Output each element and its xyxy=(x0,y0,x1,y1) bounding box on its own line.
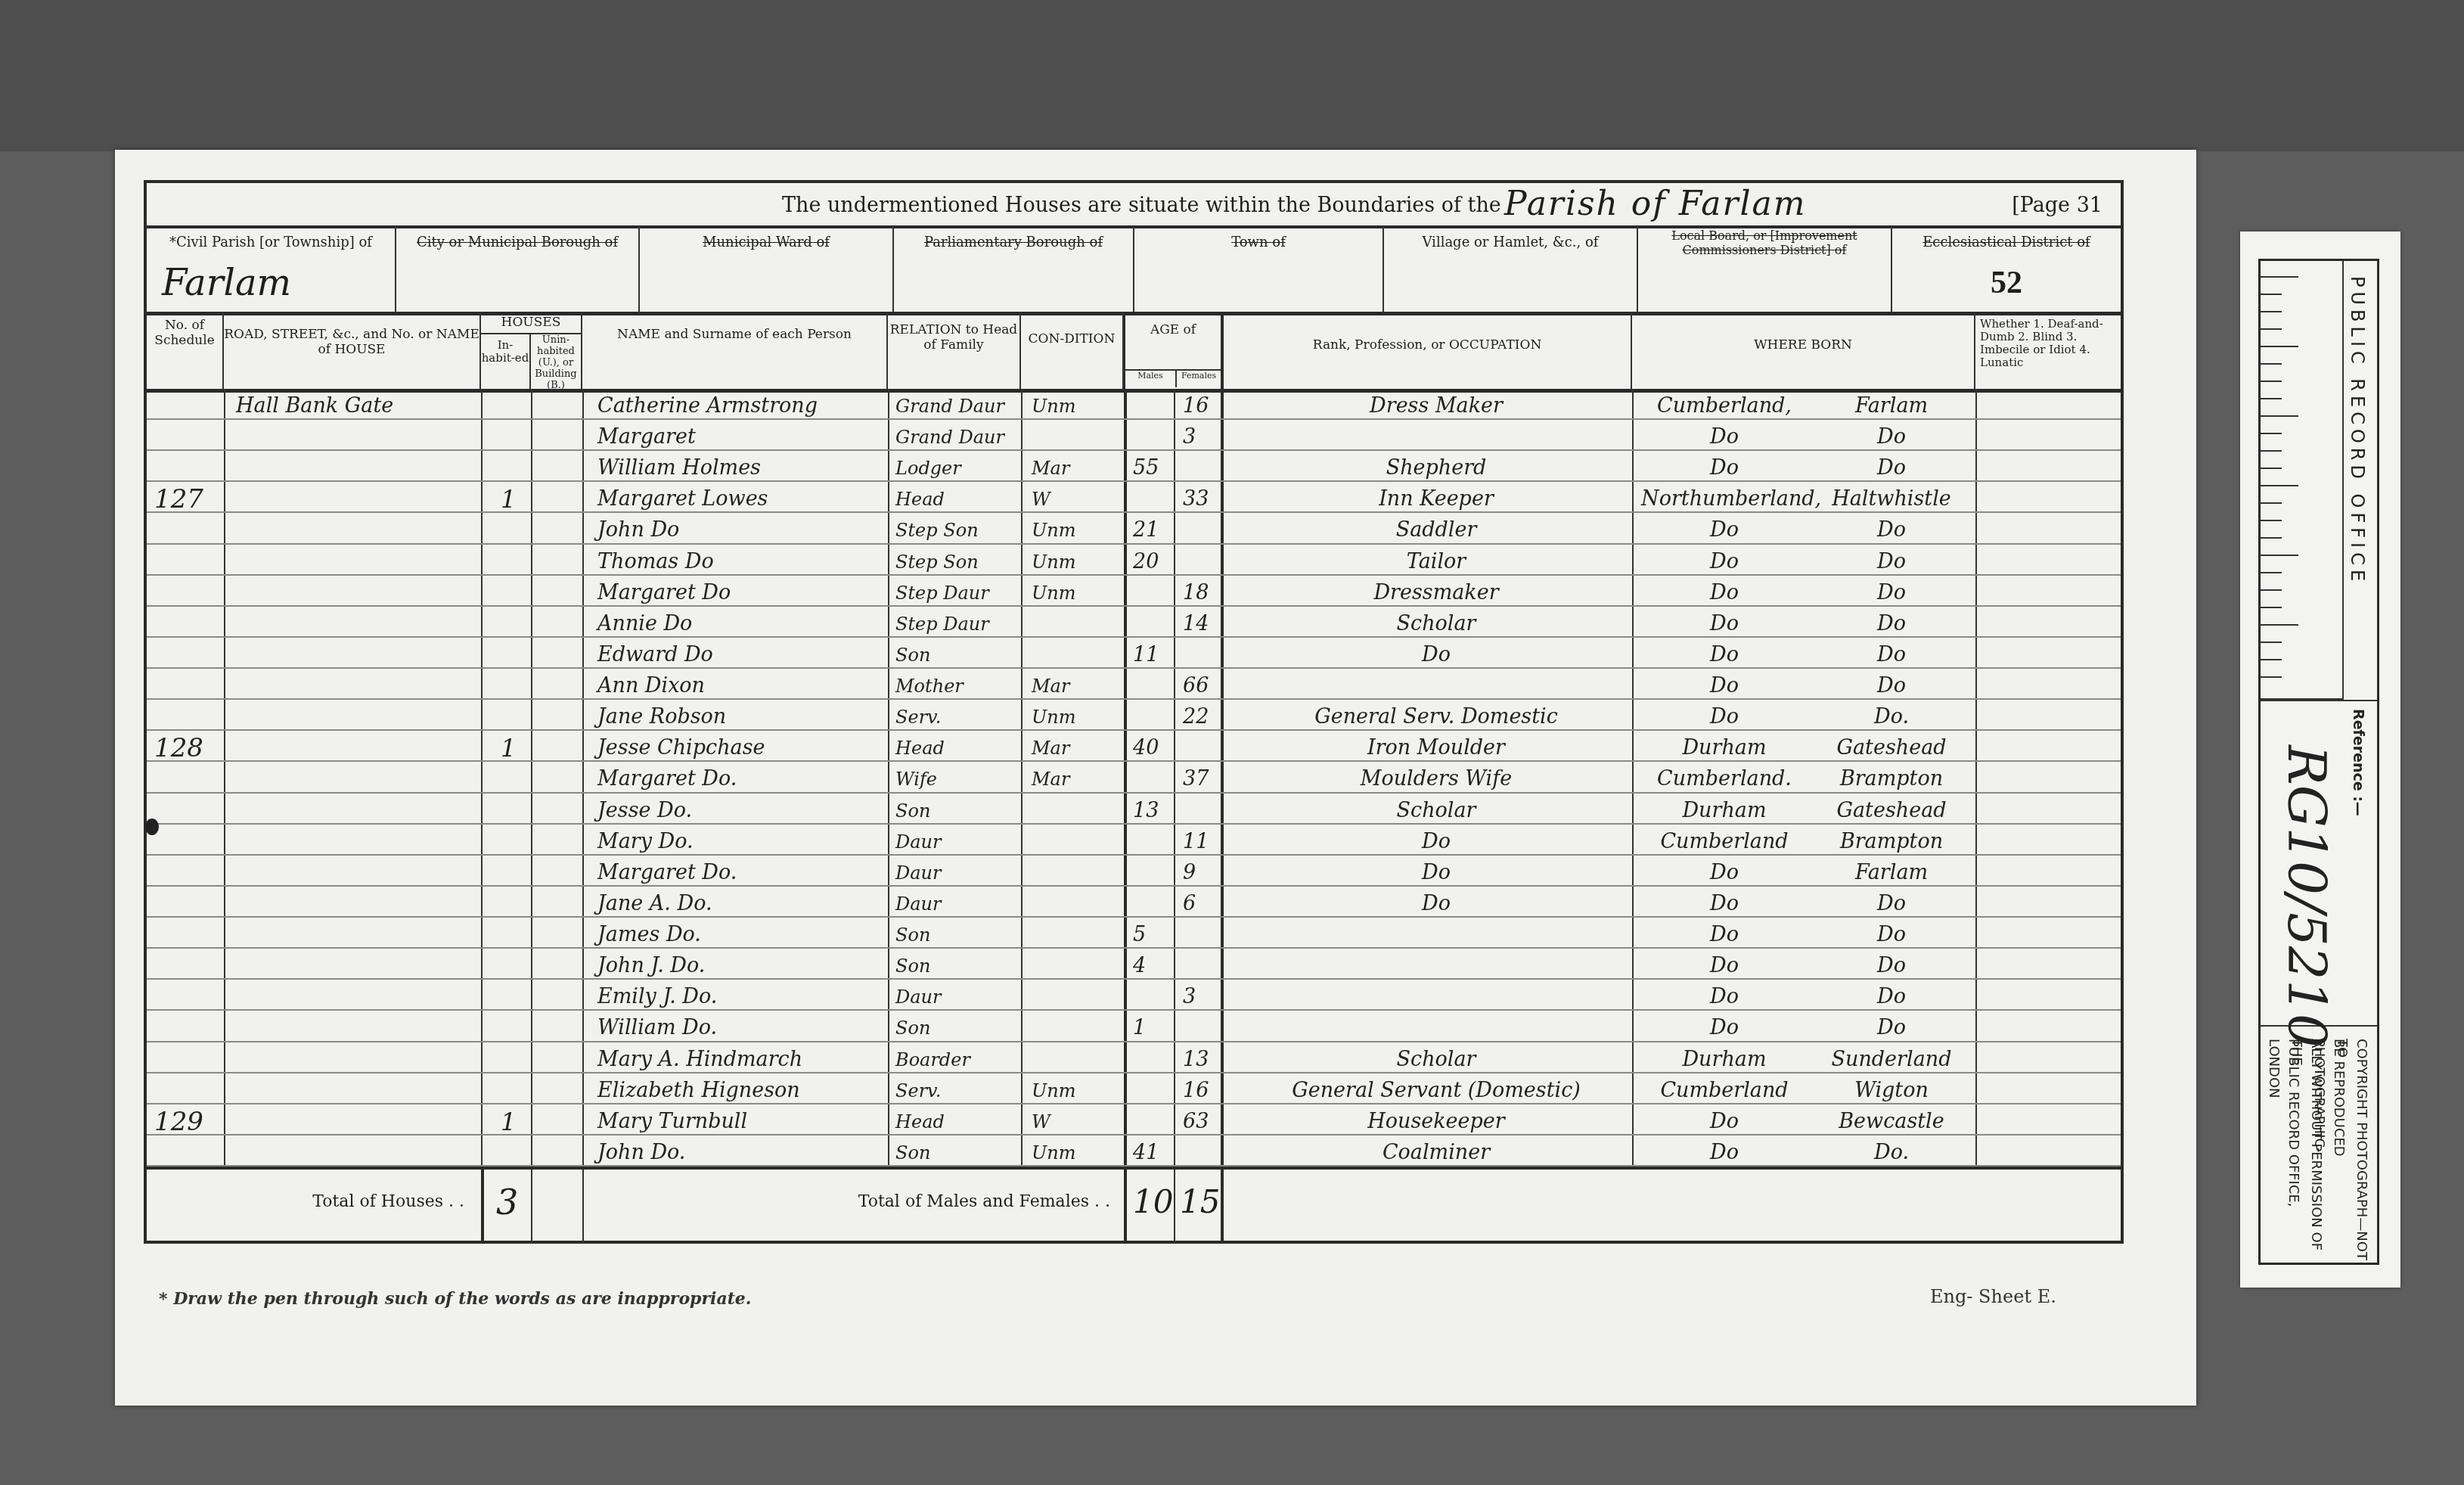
condition-cell: W xyxy=(1032,482,1050,514)
condition-cell: Unm xyxy=(1032,389,1075,421)
name-cell: John Do. xyxy=(597,1135,685,1168)
ruler-tick xyxy=(2261,381,2282,382)
male-age-cell: 11 xyxy=(1133,638,1159,670)
name-cell: James Do. xyxy=(597,918,701,950)
ruler-tick xyxy=(2261,276,2298,278)
born-county-cell: Do xyxy=(1641,1135,1808,1168)
office-label: PUBLIC RECORD OFFICE xyxy=(2347,276,2368,586)
relation-cell: Head xyxy=(895,1104,945,1137)
total-houses-value: 3 xyxy=(496,1182,518,1222)
occupation-cell: Coalminer xyxy=(1258,1135,1614,1168)
ruler-tick xyxy=(2261,659,2282,660)
born-county-cell: Do xyxy=(1641,700,1808,732)
born-county-cell: Do xyxy=(1641,607,1808,639)
total-houses-label: Total of Houses . . xyxy=(312,1192,464,1211)
reference-strip-frame: PUBLIC RECORD OFFICE Reference :— RG10/5… xyxy=(2258,259,2379,1265)
condition-cell: Unm xyxy=(1032,1135,1075,1168)
born-county-cell: Durham xyxy=(1641,1042,1808,1075)
age-label: AGE of xyxy=(1125,312,1221,371)
condition-cell: Unm xyxy=(1032,700,1075,732)
town-label: Town of xyxy=(1134,235,1383,250)
header-condition: CON-DITION xyxy=(1021,312,1124,389)
schedule-cell: 128 xyxy=(154,731,203,763)
relation-cell: Daur xyxy=(895,980,941,1012)
relation-cell: Step Daur xyxy=(895,576,989,608)
name-cell: Margaret Do. xyxy=(597,856,737,888)
village-label: Village or Hamlet, &c., of xyxy=(1384,235,1637,250)
table-row: Thomas DoStep SonUnm20TailorDoDo xyxy=(147,545,2121,576)
born-county-cell: Do xyxy=(1641,949,1808,981)
table-row: MargaretGrand Daur3DoDo xyxy=(147,420,2121,451)
condition-cell: Mar xyxy=(1032,762,1069,794)
schedule-cell: 127 xyxy=(154,482,203,514)
municipal-ward-cell: Municipal Ward of xyxy=(640,225,894,312)
schedule-cell: 129 xyxy=(154,1104,203,1137)
header-road: ROAD, STREET, &c., and No. or NAME of HO… xyxy=(224,312,481,389)
male-age-cell: 13 xyxy=(1133,794,1159,826)
table-row: Annie DoStep Daur14ScholarDoDo xyxy=(147,607,2121,638)
occupation-cell xyxy=(1258,420,1614,452)
name-cell: Margaret Do xyxy=(597,576,731,608)
female-age-cell: 37 xyxy=(1183,762,1209,794)
ruler-tick xyxy=(2261,346,2298,347)
name-cell: Elizabeth Higneson xyxy=(597,1073,800,1106)
municipal-ward-label: Municipal Ward of xyxy=(640,235,892,250)
born-place-cell: Do xyxy=(1811,918,1972,950)
female-age-cell: 22 xyxy=(1183,700,1209,732)
local-board-cell: Local Board, or [Improvement Commissione… xyxy=(1638,225,1892,312)
reference-strip: PUBLIC RECORD OFFICE Reference :— RG10/5… xyxy=(2240,231,2400,1288)
female-age-cell: 6 xyxy=(1183,887,1196,919)
name-cell: Margaret Do. xyxy=(597,762,737,794)
male-age-cell: 20 xyxy=(1133,545,1159,577)
female-age-cell: 13 xyxy=(1183,1042,1209,1075)
male-age-cell: 55 xyxy=(1133,451,1159,483)
relation-cell: Step Son xyxy=(895,545,979,577)
female-age-cell: 63 xyxy=(1183,1104,1209,1137)
occupation-cell xyxy=(1258,980,1614,1012)
table-row: Mary Do.Daur11DoCumberlandBrampton xyxy=(147,825,2121,856)
born-place-cell: Sunderland xyxy=(1811,1042,1972,1075)
born-place-cell: Do xyxy=(1811,1011,1972,1043)
occupation-cell: Do xyxy=(1258,887,1614,919)
reference-label: Reference :— xyxy=(2350,709,2366,816)
relation-cell: Daur xyxy=(895,825,941,857)
parliamentary-borough-cell: Parliamentary Borough of xyxy=(894,225,1134,312)
born-place-cell: Brampton xyxy=(1811,762,1972,794)
header-name: NAME and Surname of each Person xyxy=(582,312,888,389)
name-cell: Annie Do xyxy=(597,607,692,639)
title-lead: The undermentioned Houses are situate wi… xyxy=(782,194,1501,217)
inhabited-cell: 1 xyxy=(501,731,516,763)
born-place-cell: Gateshead xyxy=(1811,731,1972,763)
relation-cell: Grand Daur xyxy=(895,389,1004,421)
table-row: Ann DixonMotherMar66DoDo xyxy=(147,669,2121,700)
civil-parish-label: *Civil Parish [or Township] of xyxy=(147,235,395,250)
relation-cell: Son xyxy=(895,949,930,981)
born-county-cell: Do xyxy=(1641,451,1808,483)
occupation-cell: Moulders Wife xyxy=(1258,762,1614,794)
ruler-tick xyxy=(2261,572,2282,573)
name-cell: Mary Turnbull xyxy=(597,1104,747,1137)
male-age-cell: 40 xyxy=(1133,731,1159,763)
occupation-cell: Tailor xyxy=(1258,545,1614,577)
ruler-tick xyxy=(2261,363,2282,365)
female-age-cell: 18 xyxy=(1183,576,1209,608)
ruler-tick xyxy=(2261,642,2282,643)
born-place-cell: Do xyxy=(1811,638,1972,670)
header-inhabited: In-habit-ed xyxy=(481,333,531,389)
name-cell: Jesse Chipchase xyxy=(597,731,765,763)
relation-cell: Head xyxy=(895,731,945,763)
condition-cell: Unm xyxy=(1032,576,1075,608)
reference-section: Reference :— RG10/5210 xyxy=(2261,700,2377,1027)
relation-cell: Grand Daur xyxy=(895,420,1004,452)
table-row: James Do.Son5DoDo xyxy=(147,918,2121,949)
ruler-tick xyxy=(2261,607,2282,608)
born-place-cell: Do xyxy=(1811,669,1972,701)
born-place-cell: Farlam xyxy=(1811,856,1972,888)
table-row: John J. Do.Son4DoDo xyxy=(147,949,2121,980)
ruler-tick xyxy=(2261,624,2298,626)
born-county-cell: Do xyxy=(1641,856,1808,888)
occupation-cell: Saddler xyxy=(1258,513,1614,545)
location-row: *Civil Parish [or Township] of Farlam Ci… xyxy=(147,225,2121,315)
relation-cell: Serv. xyxy=(895,700,941,732)
town-cell: Town of xyxy=(1134,225,1384,312)
born-county-cell: Durham xyxy=(1641,794,1808,826)
census-form: The undermentioned Houses are situate wi… xyxy=(144,180,2124,1244)
relation-cell: Serv. xyxy=(895,1073,941,1106)
ruler-tick xyxy=(2261,468,2282,469)
occupation-cell: Do xyxy=(1258,638,1614,670)
divider xyxy=(582,1170,584,1244)
female-age-cell: 66 xyxy=(1183,669,1209,701)
name-cell: Mary A. Hindmarch xyxy=(597,1042,802,1075)
ecclesiastical-district-value: 52 xyxy=(1892,265,2121,301)
female-age-cell: 3 xyxy=(1183,980,1196,1012)
inhabited-cell: 1 xyxy=(501,1104,516,1137)
scanner-background xyxy=(0,0,2464,151)
born-place-cell: Do xyxy=(1811,887,1972,919)
male-age-cell: 21 xyxy=(1133,513,1159,545)
born-place-cell: Do. xyxy=(1811,700,1972,732)
relation-cell: Daur xyxy=(895,856,941,888)
born-county-cell: Cumberland xyxy=(1641,1073,1808,1106)
footnote: * Draw the pen through such of the words… xyxy=(159,1289,752,1309)
ruler-tick xyxy=(2261,589,2282,591)
relation-cell: Lodger xyxy=(895,451,961,483)
female-age-cell: 16 xyxy=(1183,389,1209,421)
column-header-row: No. of Schedule ROAD, STREET, &c., and N… xyxy=(147,312,2121,393)
census-sheet: The undermentioned Houses are situate wi… xyxy=(115,150,2196,1406)
male-age-cell: 41 xyxy=(1133,1135,1159,1168)
born-county-cell: Do xyxy=(1641,420,1808,452)
born-county-cell: Do xyxy=(1641,545,1808,577)
condition-cell: Unm xyxy=(1032,513,1075,545)
occupation-cell: Do xyxy=(1258,856,1614,888)
table-row: 1271Margaret LowesHeadW33Inn KeeperNorth… xyxy=(147,482,2121,513)
name-cell: Mary Do. xyxy=(597,825,694,857)
copyright-line-4: PUBLIC RECORD OFFICE, LONDON xyxy=(2264,1039,2303,1263)
relation-cell: Wife xyxy=(895,762,937,794)
name-cell: Margaret xyxy=(597,420,696,452)
born-county-cell: Do xyxy=(1641,887,1808,919)
born-county-cell: Durham xyxy=(1641,731,1808,763)
relation-cell: Son xyxy=(895,794,930,826)
name-cell: William Do. xyxy=(597,1011,717,1043)
header-males: Males xyxy=(1125,371,1177,387)
born-place-cell: Bewcastle xyxy=(1811,1104,1972,1137)
condition-cell: W xyxy=(1032,1104,1050,1137)
occupation-cell xyxy=(1258,949,1614,981)
name-cell: Edward Do xyxy=(597,638,713,670)
table-row: Jane RobsonServ.Unm22General Serv. Domes… xyxy=(147,700,2121,731)
condition-cell: Mar xyxy=(1032,731,1069,763)
born-county-cell: Do xyxy=(1641,669,1808,701)
born-place-cell: Do xyxy=(1811,545,1972,577)
parliamentary-borough-label: Parliamentary Borough of xyxy=(894,235,1133,250)
occupation-cell: Iron Moulder xyxy=(1258,731,1614,763)
condition-cell: Unm xyxy=(1032,545,1075,577)
header-females: Females xyxy=(1175,371,1222,381)
born-county-cell: Cumberland, xyxy=(1641,389,1808,421)
born-county-cell: Do xyxy=(1641,1011,1808,1043)
born-place-cell: Haltwhistle xyxy=(1811,482,1972,514)
born-county-cell: Do xyxy=(1641,513,1808,545)
table-row: William HolmesLodgerMar55ShepherdDoDo xyxy=(147,451,2121,482)
ruler-tick xyxy=(2261,328,2282,330)
divider xyxy=(1174,1170,1175,1244)
ecclesiastical-district-cell: Ecclesiastical District of 52 xyxy=(1892,225,2121,312)
divider xyxy=(1221,1170,1224,1244)
born-place-cell: Do xyxy=(1811,949,1972,981)
born-county-cell: Northumberland, xyxy=(1641,482,1808,514)
municipal-borough-cell: City or Municipal Borough of xyxy=(396,225,640,312)
born-county-cell: Cumberland xyxy=(1641,825,1808,857)
born-place-cell: Do xyxy=(1811,576,1972,608)
name-cell: Jane Robson xyxy=(597,700,726,732)
name-cell: John Do xyxy=(597,513,679,545)
ruler-tick xyxy=(2261,520,2282,521)
born-place-cell: Do xyxy=(1811,420,1972,452)
table-row: John DoStep SonUnm21SaddlerDoDo xyxy=(147,513,2121,544)
table-row: Jesse Do.Son13ScholarDurhamGateshead xyxy=(147,794,2121,825)
female-age-cell: 3 xyxy=(1183,420,1196,452)
ruler-tick xyxy=(2261,398,2282,399)
census-rows: Hall Bank GateCatherine ArmstrongGrand D… xyxy=(147,389,2121,1167)
table-row: Elizabeth HignesonServ.Unm16General Serv… xyxy=(147,1073,2121,1104)
born-county-cell: Do xyxy=(1641,1104,1808,1137)
name-cell: William Holmes xyxy=(597,451,761,483)
born-county-cell: Cumberland. xyxy=(1641,762,1808,794)
name-cell: Thomas Do xyxy=(597,545,714,577)
ruler-tick xyxy=(2261,433,2282,434)
relation-cell: Son xyxy=(895,1135,930,1168)
condition-cell: Unm xyxy=(1032,1073,1075,1106)
name-cell: Jesse Do. xyxy=(597,794,692,826)
divider xyxy=(481,1170,484,1244)
table-row: 1291Mary TurnbullHeadW63HousekeeperDoBew… xyxy=(147,1104,2121,1135)
table-row: John Do.SonUnm41CoalminerDoDo. xyxy=(147,1135,2121,1167)
born-county-cell: Do xyxy=(1641,576,1808,608)
name-cell: Emily J. Do. xyxy=(597,980,717,1012)
born-place-cell: Wigton xyxy=(1811,1073,1972,1106)
ink-blot xyxy=(145,819,159,835)
occupation-cell: Scholar xyxy=(1258,1042,1614,1075)
header-occupation: Rank, Profession, or OCCUPATION xyxy=(1224,312,1632,389)
condition-cell: Mar xyxy=(1032,669,1069,701)
name-cell: Catherine Armstrong xyxy=(597,389,818,421)
total-males-value: 10 xyxy=(1133,1183,1173,1220)
name-cell: Margaret Lowes xyxy=(597,482,768,514)
divider xyxy=(1124,1170,1127,1244)
table-row: Emily J. Do.Daur3DoDo xyxy=(147,980,2121,1011)
table-row: Mary A. HindmarchBoarder13ScholarDurhamS… xyxy=(147,1042,2121,1073)
male-age-cell: 1 xyxy=(1133,1011,1146,1043)
divider xyxy=(531,1170,532,1244)
born-county-cell: Do xyxy=(1641,918,1808,950)
civil-parish-cell: *Civil Parish [or Township] of Farlam xyxy=(147,225,396,312)
ruler-section: PUBLIC RECORD OFFICE xyxy=(2261,261,2377,701)
table-row: Margaret DoStep DaurUnm18DressmakerDoDo xyxy=(147,576,2121,607)
occupation-cell xyxy=(1258,1011,1614,1043)
name-cell: Jane A. Do. xyxy=(597,887,712,919)
born-place-cell: Brampton xyxy=(1811,825,1972,857)
table-row: Margaret Do.WifeMar37Moulders WifeCumber… xyxy=(147,762,2121,793)
relation-cell: Step Son xyxy=(895,513,979,545)
ruler-tick xyxy=(2261,415,2298,417)
civil-parish-value: Farlam xyxy=(162,262,291,304)
female-age-cell: 9 xyxy=(1183,856,1196,888)
name-cell: Ann Dixon xyxy=(597,669,705,701)
reference-value: RG10/5210 xyxy=(2276,745,2338,1047)
relation-cell: Step Daur xyxy=(895,607,989,639)
occupation-cell: Inn Keeper xyxy=(1258,482,1614,514)
occupation-cell: General Serv. Domestic xyxy=(1258,700,1614,732)
relation-cell: Mother xyxy=(895,669,964,701)
born-place-cell: Do xyxy=(1811,607,1972,639)
total-persons-label: Total of Males and Females . . xyxy=(858,1192,1110,1211)
occupation-cell: General Servant (Domestic) xyxy=(1258,1073,1614,1106)
female-age-cell: 11 xyxy=(1183,825,1209,857)
relation-cell: Son xyxy=(895,918,930,950)
name-cell: John J. Do. xyxy=(597,949,705,981)
header-relation: RELATION to Head of Family xyxy=(888,312,1021,389)
table-row: Hall Bank GateCatherine ArmstrongGrand D… xyxy=(147,389,2121,420)
relation-cell: Daur xyxy=(895,887,941,919)
ruler-tick xyxy=(2261,537,2282,539)
relation-cell: Son xyxy=(895,1011,930,1043)
inhabited-cell: 1 xyxy=(501,482,516,514)
relation-cell: Boarder xyxy=(895,1042,970,1075)
born-place-cell: Farlam xyxy=(1811,389,1972,421)
title-row: The undermentioned Houses are situate wi… xyxy=(147,183,2121,228)
village-cell: Village or Hamlet, &c., of xyxy=(1384,225,1638,312)
born-place-cell: Gateshead xyxy=(1811,794,1972,826)
female-age-cell: 14 xyxy=(1183,607,1209,639)
local-board-label: Local Board, or [Improvement Commissione… xyxy=(1638,228,1891,257)
ruler-scale xyxy=(2261,261,2344,700)
male-age-cell: 4 xyxy=(1133,949,1146,981)
header-uninhabited: Unin-habited (U.), or Building (B.) xyxy=(531,333,581,389)
copyright-section: COPYRIGHT PHOTOGRAPH—NOT TO BE REPRODUCE… xyxy=(2261,1027,2377,1263)
table-row: Edward DoSon11DoDoDo xyxy=(147,638,2121,669)
relation-cell: Son xyxy=(895,638,930,670)
header-age: AGE of Males Females xyxy=(1124,312,1224,389)
born-county-cell: Do xyxy=(1641,638,1808,670)
occupation-cell: Dress Maker xyxy=(1258,389,1614,421)
ruler-tick xyxy=(2261,450,2282,452)
born-county-cell: Do xyxy=(1641,980,1808,1012)
ruler-tick xyxy=(2261,311,2282,312)
born-place-cell: Do xyxy=(1811,980,1972,1012)
houses-label: HOUSES xyxy=(481,315,581,334)
occupation-cell: Scholar xyxy=(1258,607,1614,639)
header-infirmity: Whether 1. Deaf-and-Dumb 2. Blind 3. Imb… xyxy=(1975,312,2121,389)
occupation-cell: Dressmaker xyxy=(1258,576,1614,608)
occupation-cell: Do xyxy=(1258,825,1614,857)
ruler-tick xyxy=(2261,676,2282,678)
occupation-cell xyxy=(1258,918,1614,950)
page-number: [Page 31 xyxy=(2012,194,2102,217)
ruler-tick xyxy=(2261,502,2282,504)
total-females-value: 15 xyxy=(1180,1183,1220,1220)
occupation-cell: Shepherd xyxy=(1258,451,1614,483)
sheet-label: Eng- Sheet E. xyxy=(1930,1286,2056,1307)
occupation-cell xyxy=(1258,669,1614,701)
ruler-tick xyxy=(2261,485,2298,486)
table-row: Margaret Do.Daur9DoDoFarlam xyxy=(147,856,2121,887)
header-houses: HOUSES In-habit-ed Unin-habited (U.), or… xyxy=(481,312,582,389)
male-age-cell: 5 xyxy=(1133,918,1146,950)
table-row: Jane A. Do.Daur6DoDoDo xyxy=(147,887,2121,918)
born-place-cell: Do xyxy=(1811,451,1972,483)
ruler-tick xyxy=(2261,294,2282,295)
condition-cell: Mar xyxy=(1032,451,1069,483)
female-age-cell: 33 xyxy=(1183,482,1209,514)
table-row: 1281Jesse ChipchaseHeadMar40Iron Moulder… xyxy=(147,731,2121,762)
title-parish: Parish of Farlam xyxy=(1504,185,1806,223)
born-place-cell: Do xyxy=(1811,513,1972,545)
ecclesiastical-district-label: Ecclesiastical District of xyxy=(1892,235,2121,250)
municipal-borough-label: City or Municipal Borough of xyxy=(396,235,638,250)
table-row: William Do.Son1DoDo xyxy=(147,1011,2121,1042)
born-place-cell: Do. xyxy=(1811,1135,1972,1168)
ruler-tick xyxy=(2261,555,2298,556)
header-where-born: WHERE BORN xyxy=(1632,312,1975,389)
occupation-cell: Housekeeper xyxy=(1258,1104,1614,1137)
header-schedule: No. of Schedule xyxy=(147,312,224,389)
occupation-cell: Scholar xyxy=(1258,794,1614,826)
female-age-cell: 16 xyxy=(1183,1073,1209,1106)
relation-cell: Head xyxy=(895,482,945,514)
road-cell: Hall Bank Gate xyxy=(236,389,393,421)
totals-row: Total of Houses . . 3 Total of Males and… xyxy=(147,1167,2121,1244)
